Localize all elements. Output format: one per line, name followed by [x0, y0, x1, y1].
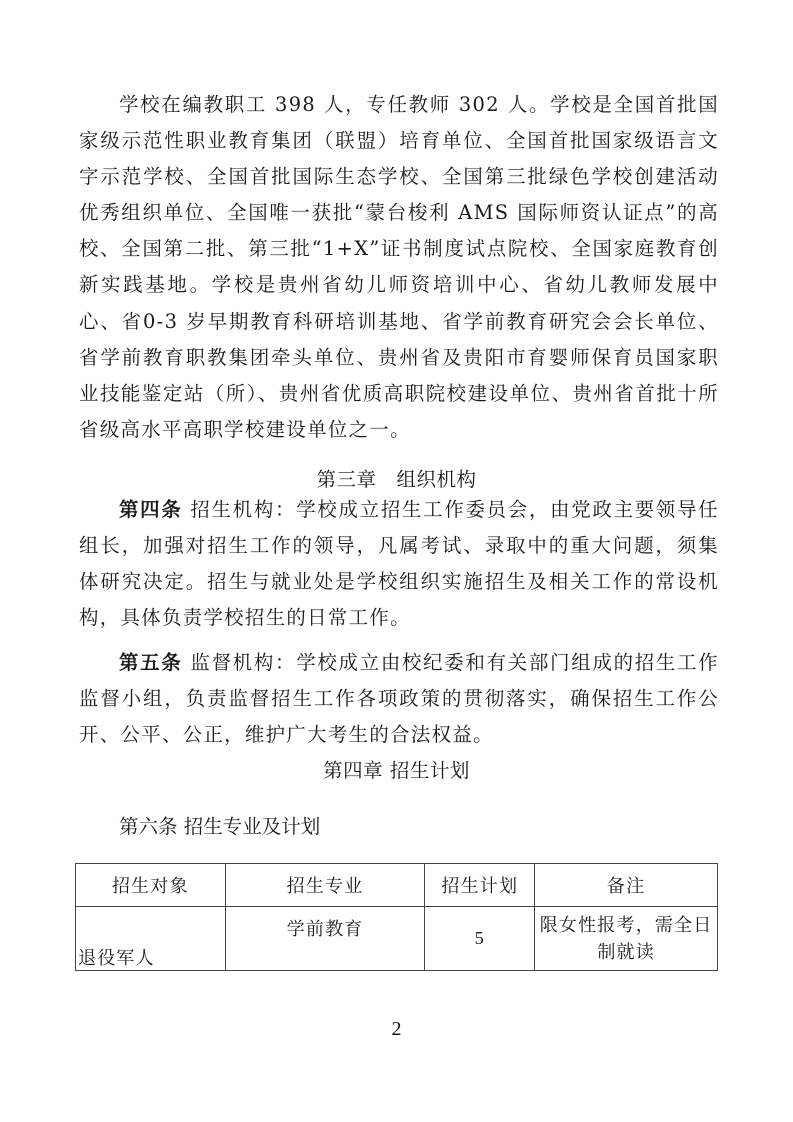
header-major: 招生专业	[225, 864, 425, 907]
article-4-label: 第四条	[119, 498, 182, 521]
cell-major: 学前教育	[225, 907, 425, 971]
article-5-paragraph: 第五条 监督机构：学校成立由校纪委和有关部门组成的招生工作监督小组，负责监督招生…	[79, 645, 719, 753]
enrollment-plan-table: 招生对象 招生专业 招生计划 备注 退役军人 学前教育 5 限女性报考，需全日制…	[75, 863, 718, 971]
table-row: 退役军人 学前教育 5 限女性报考，需全日制就读	[76, 907, 718, 971]
cell-target: 退役军人	[76, 907, 226, 971]
chapter-4-heading: 第四章 招生计划	[0, 755, 793, 783]
page-number: 2	[0, 1018, 793, 1041]
header-target: 招生对象	[76, 864, 226, 907]
cell-plan: 5	[425, 907, 535, 971]
header-plan: 招生计划	[425, 864, 535, 907]
article-6-title: 第六条 招生专业及计划	[119, 811, 320, 839]
header-note: 备注	[535, 864, 718, 907]
chapter-3-heading: 第三章 组织机构	[0, 464, 793, 492]
intro-paragraph: 学校在编教职工 398 人，专任教师 302 人。学校是全国首批国家级示范性职业…	[79, 87, 719, 448]
table-header-row: 招生对象 招生专业 招生计划 备注	[76, 864, 718, 907]
article-5-label: 第五条	[119, 651, 182, 674]
article-4-paragraph: 第四条 招生机构：学校成立招生工作委员会，由党政主要领导任组长，加强对招生工作的…	[79, 492, 719, 636]
cell-note: 限女性报考，需全日制就读	[535, 907, 718, 971]
